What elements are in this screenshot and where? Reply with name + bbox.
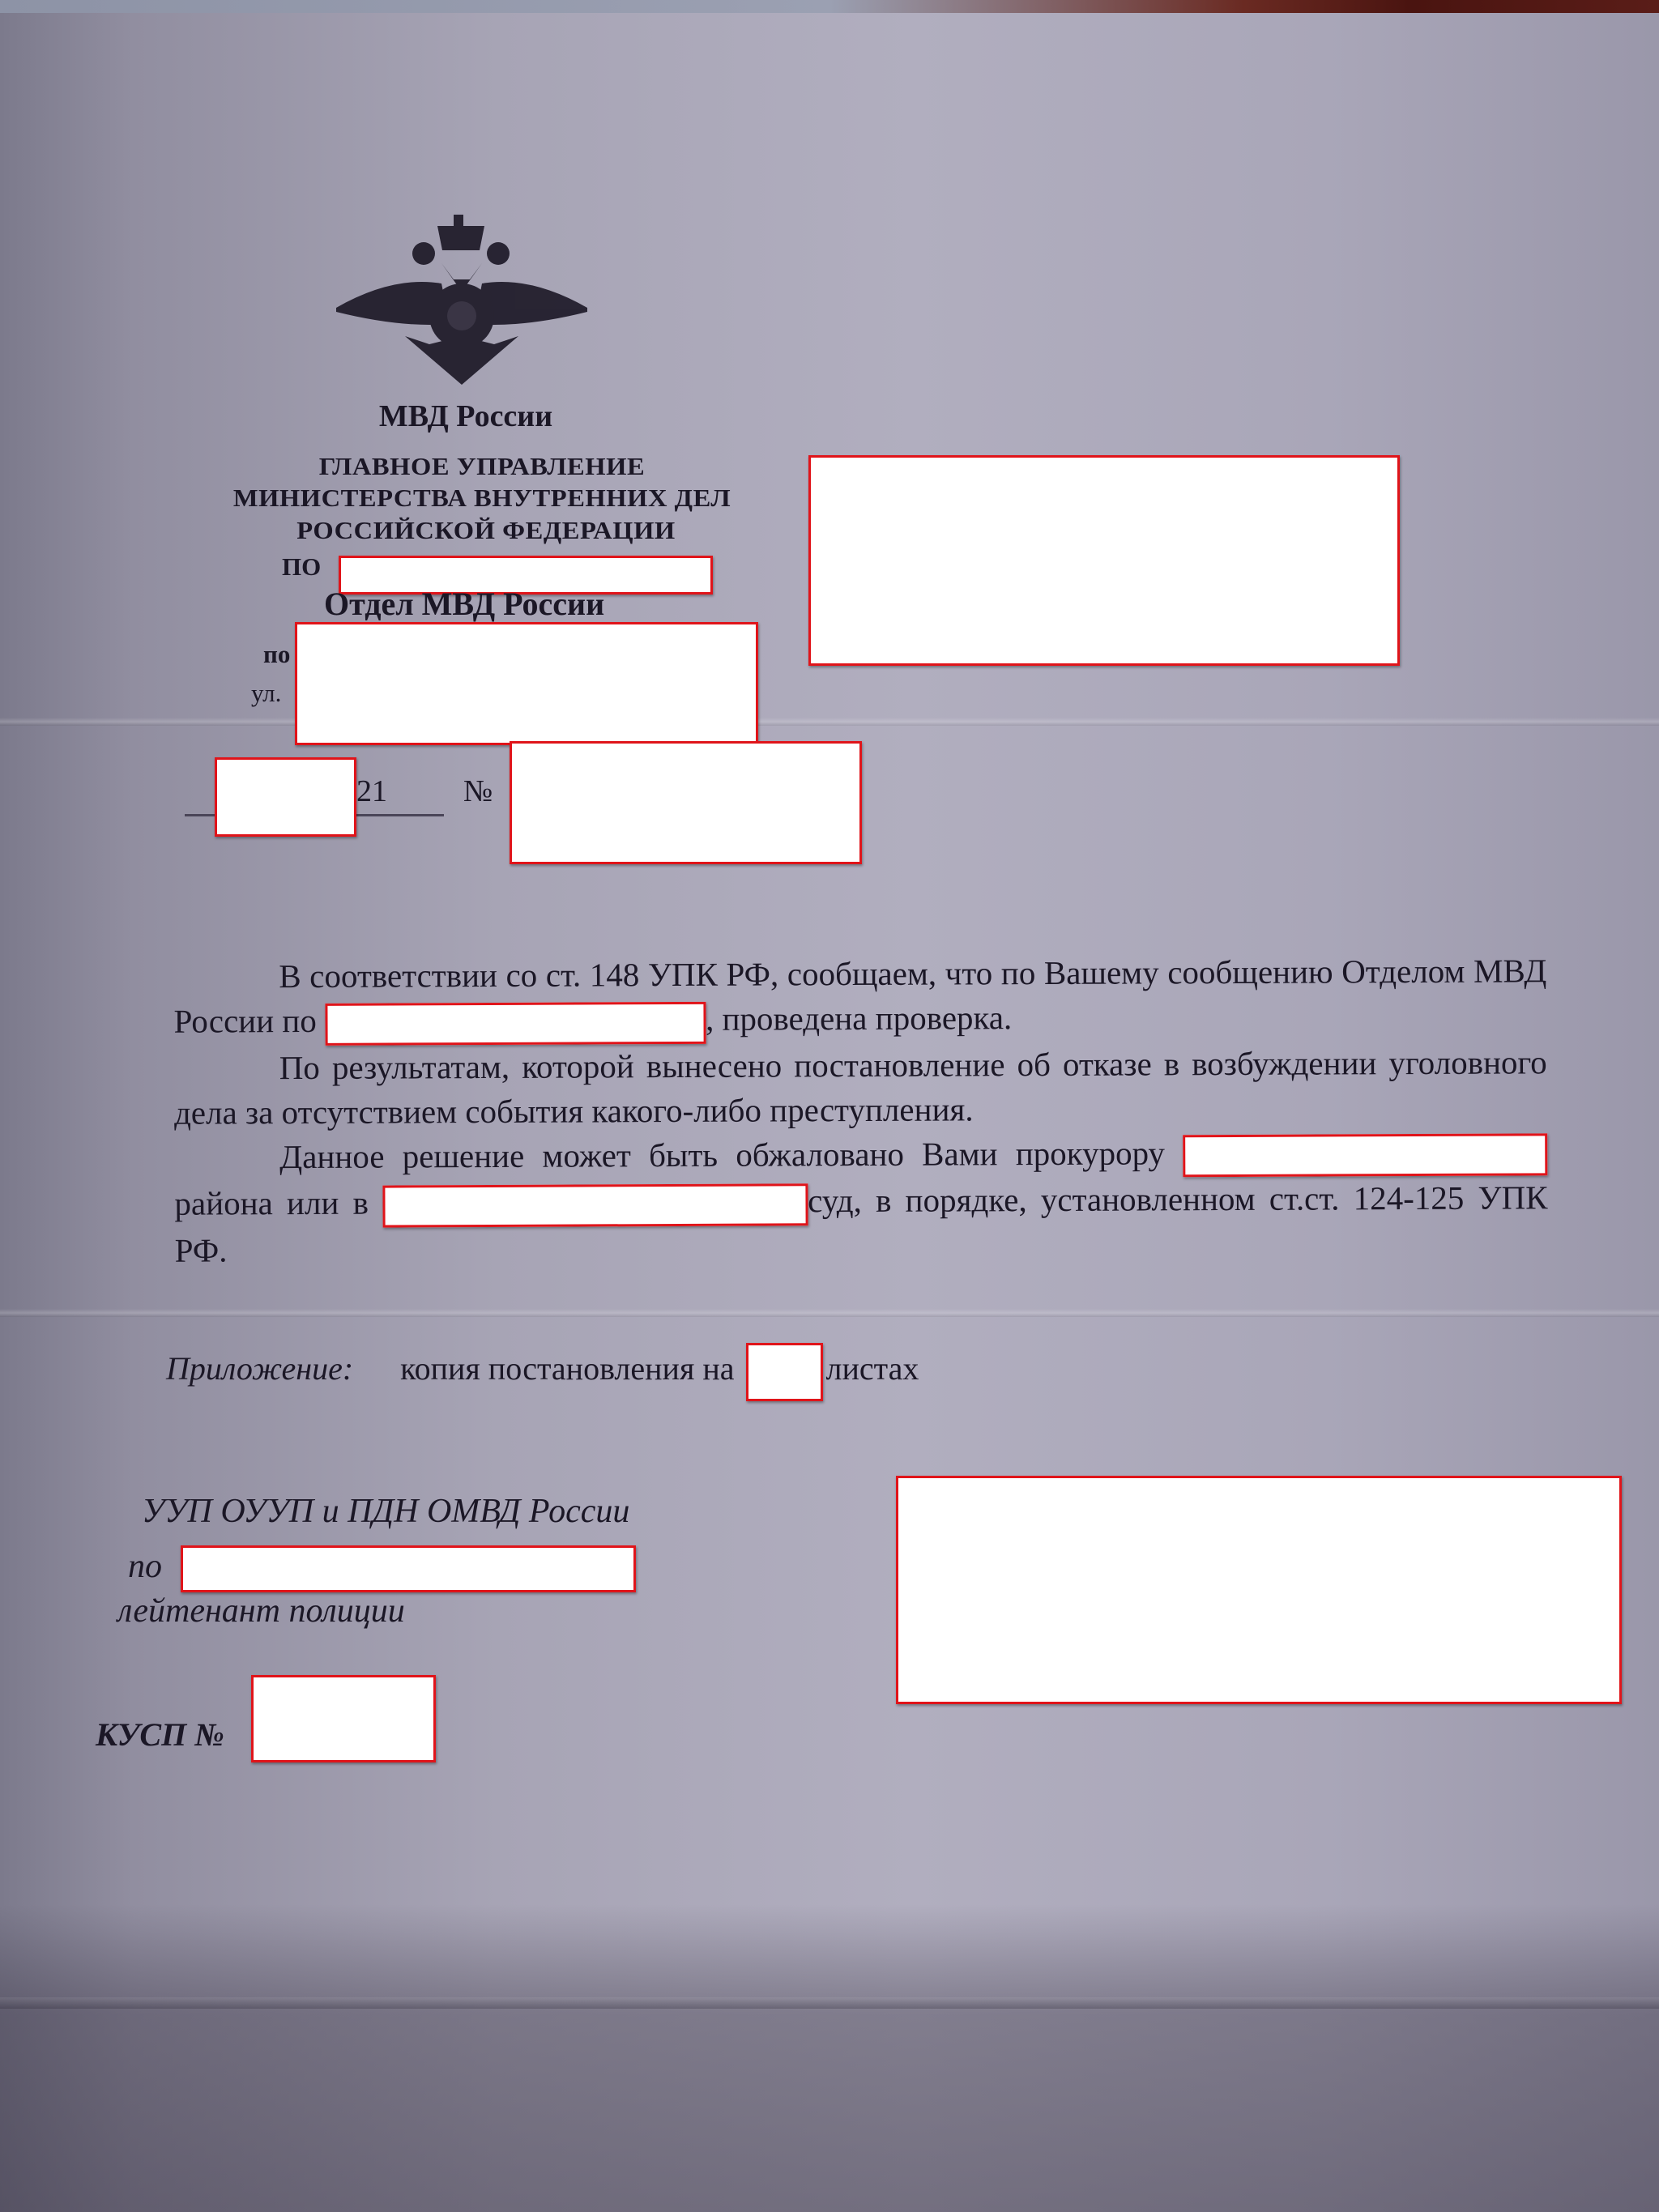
redacted-region [295,622,758,745]
appendix-label: Приложение: [166,1350,353,1387]
mvd-eagle-emblem-icon [328,215,595,385]
signatory-rank: лейтенант полиции [117,1592,405,1630]
letter-body: В соответствии со ст. 148 УПК РФ, сообща… [173,948,1548,1272]
department-title: Отдел МВД России [324,585,604,623]
redacted-region [181,1545,636,1592]
redacted-region [808,455,1400,666]
paragraph-1: В соответствии со ст. 148 УПК РФ, сообща… [173,948,1546,1046]
redacted-region [251,1675,436,1762]
signatory-by: по [128,1547,162,1586]
appendix-line: Приложение: копия постановления на листа… [166,1343,919,1401]
redacted-region [382,1183,808,1227]
date-year: 21 [356,774,387,809]
redacted-region [1183,1133,1547,1177]
number-sign: № [463,774,493,809]
header-line: ПО [282,552,321,582]
header-line: по [263,640,290,669]
redacted-region [510,741,862,864]
header-line: ГЛАВНОЕ УПРАВЛЕНИЕ [299,452,665,481]
paragraph-3: Данное решение может быть обжаловано Вам… [174,1129,1548,1273]
redacted-region [896,1476,1622,1704]
redacted-region [325,1001,706,1045]
header-line: МИНИСТЕРСТВА ВНУТРЕННИХ ДЕЛ [219,484,746,513]
redacted-region [746,1343,823,1401]
address-prefix: ул. [251,679,281,708]
paragraph-2: По результатам, которой вынесено постано… [174,1040,1547,1135]
paper-fold [0,1997,1659,2009]
signatory-position: УУП ОУУП и ПДН ОМВД России [142,1492,629,1531]
header-line: РОССИЙСКОЙ ФЕДЕРАЦИИ [286,516,686,545]
ministry-title: МВД России [373,399,559,434]
redacted-region [215,757,356,837]
kusp-label: КУСП № [96,1715,224,1754]
paper-fold [0,718,1659,726]
paper-fold [0,1309,1659,1317]
